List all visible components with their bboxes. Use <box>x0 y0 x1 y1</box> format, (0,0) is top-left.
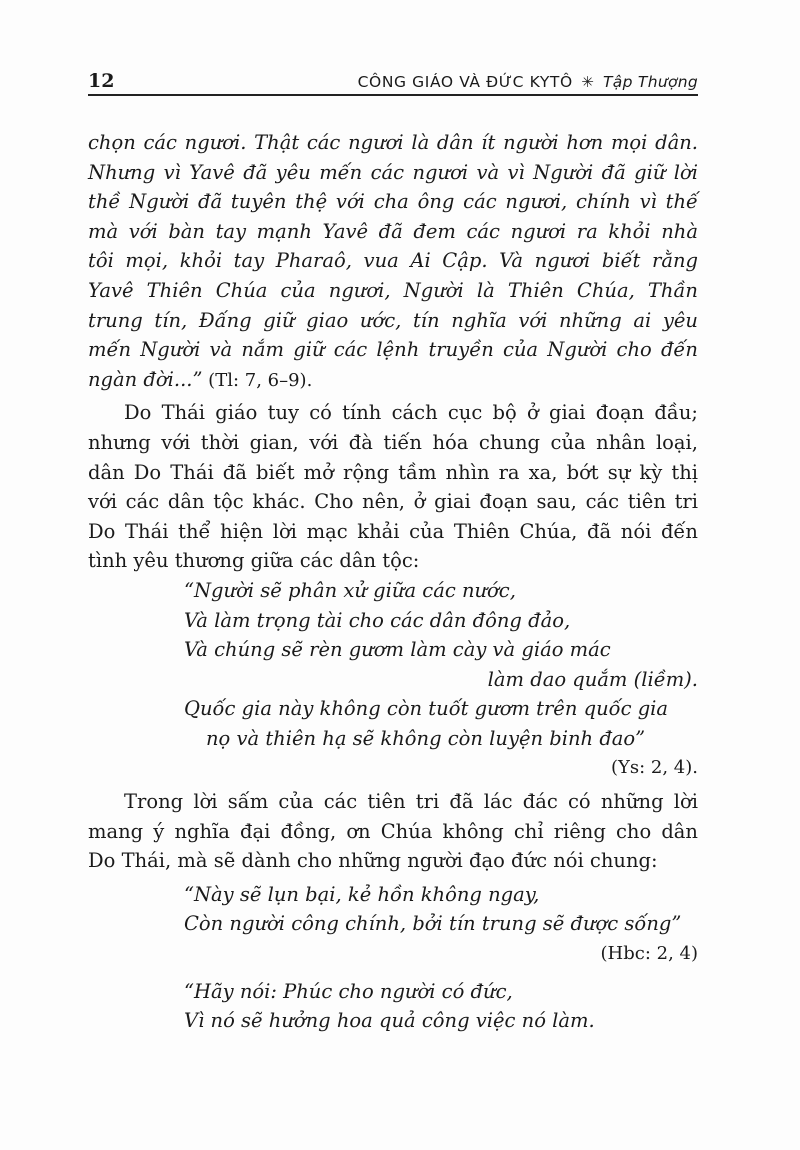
scripture-reference: (Tl: 7, 6–9). <box>202 370 312 391</box>
verse-line: Quốc gia này không còn tuốt gươm trên qu… <box>184 694 698 724</box>
paragraph-prophets: Trong lời sấm của các tiên tri đã lác đá… <box>88 787 698 876</box>
text-line: mà với bàn tay mạnh Yavê đã đem các ngươ… <box>88 217 698 247</box>
verse-line: “Này sẽ lụn bại, kẻ hồn không ngay, <box>184 880 698 910</box>
verse-line: Còn người công chính, bởi tín trung sẽ đ… <box>184 909 698 939</box>
text-line: Do Thái, mà sẽ dành cho những người đạo … <box>88 846 698 876</box>
text-line: tôi mọi, khỏi tay Pharaô, vua Ai Cập. Và… <box>88 246 698 276</box>
text-line: Nhưng vì Yavê đã yêu mến các ngươi và vì… <box>88 158 698 188</box>
paragraph-quote-continuation: chọn các ngươi. Thật các ngươi là dân ít… <box>88 128 698 394</box>
text-line: trung tín, Đấng giữ giao ước, tín nghĩa … <box>88 306 698 336</box>
text-line: ngàn đời...” (Tl: 7, 6–9). <box>88 365 698 395</box>
verse-line: nọ và thiên hạ sẽ không còn luyện binh đ… <box>184 724 698 754</box>
page-number: 12 <box>88 70 114 92</box>
text-line: chọn các ngươi. Thật các ngươi là dân ít… <box>88 128 698 158</box>
book-title: CÔNG GIÁO VÀ ĐỨC KYTÔ <box>358 73 573 91</box>
verse-line: “Hãy nói: Phúc cho người có đức, <box>184 977 698 1007</box>
text-line: Yavê Thiên Chúa của ngươi, Người là Thiê… <box>88 276 698 306</box>
text-line: Do Thái thể hiện lời mạc khải của Thiên … <box>88 517 698 547</box>
asterisk-star-icon: ✳ <box>581 72 594 92</box>
verse-block-blessing: “Hãy nói: Phúc cho người có đức, Vì nó s… <box>88 977 698 1036</box>
verse-line: Và làm trọng tài cho các dân đông đảo, <box>184 606 698 636</box>
text-line: Trong lời sấm của các tiên tri đã lác đá… <box>88 787 698 817</box>
book-page: 12 CÔNG GIÁO VÀ ĐỨC KYTÔ ✳ Tập Thượng ch… <box>0 0 800 1150</box>
paragraph-judaism: Do Thái giáo tuy có tính cách cục bộ ở g… <box>88 398 698 576</box>
text-line: mến Người và nắm giữ các lệnh truyền của… <box>88 335 698 365</box>
quote-end: ngàn đời...” <box>88 368 202 391</box>
text-line: thề Người đã tuyên thệ với cha ông các n… <box>88 187 698 217</box>
verse-block-isaiah: “Người sẽ phân xử giữa các nước, Và làm … <box>88 576 698 783</box>
text-line: dân Do Thái đã biết mở rộng tầm nhìn ra … <box>88 458 698 488</box>
text-line: nhưng với thời gian, với đà tiến hóa chu… <box>88 428 698 458</box>
verse-block-habakkuk: “Này sẽ lụn bại, kẻ hồn không ngay, Còn … <box>88 880 698 969</box>
verse-line: làm dao quắm (liềm). <box>184 665 698 695</box>
body-text: chọn các ngươi. Thật các ngươi là dân ít… <box>88 128 698 1036</box>
verse-line: “Người sẽ phân xử giữa các nước, <box>184 576 698 606</box>
scripture-reference: (Ys: 2, 4). <box>184 753 698 783</box>
scripture-reference: (Hbc: 2, 4) <box>184 939 698 969</box>
text-line: Do Thái giáo tuy có tính cách cục bộ ở g… <box>88 398 698 428</box>
volume-subtitle: Tập Thượng <box>603 73 698 91</box>
verse-line: Và chúng sẽ rèn gươm làm cày và giáo mác <box>184 635 698 665</box>
running-head-title: CÔNG GIÁO VÀ ĐỨC KYTÔ ✳ Tập Thượng <box>358 72 698 92</box>
running-header: 12 CÔNG GIÁO VÀ ĐỨC KYTÔ ✳ Tập Thượng <box>88 70 698 96</box>
text-line: tình yêu thương giữa các dân tộc: <box>88 546 698 576</box>
text-line: mang ý nghĩa đại đồng, ơn Chúa không chỉ… <box>88 817 698 847</box>
text-line: với các dân tộc khác. Cho nên, ở giai đo… <box>88 487 698 517</box>
verse-line: Vì nó sẽ hưởng hoa quả công việc nó làm. <box>184 1006 698 1036</box>
